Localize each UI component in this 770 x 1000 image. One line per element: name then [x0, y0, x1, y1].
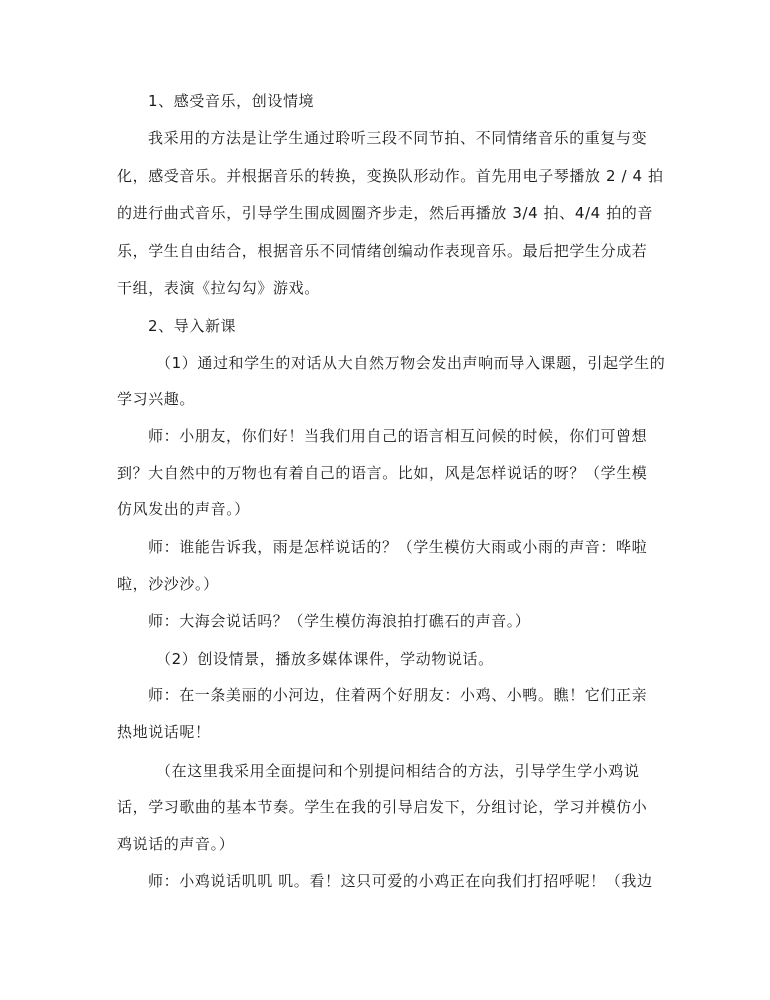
paragraph-line: 学习兴趣。 [117, 389, 657, 409]
paragraph-line: （在这里我采用全面提问和个别提问相结合的方法，引导学生学小鸡说 [156, 761, 656, 781]
subsection-line: （2）创设情景，播放多媒体课件，学动物说话。 [156, 649, 656, 669]
paragraph-line: 我采用的方法是让学生通过聆听三段不同节拍、不同情绪音乐的重复与变 [148, 128, 658, 148]
subsection-line: （1）通过和学生的对话从大自然万物会发出声响而导入课题，引起学生的 [156, 353, 656, 373]
dialogue-line: 啦，沙沙沙。） [117, 574, 657, 594]
section-heading-1: 1、感受音乐，创设情境 [148, 91, 658, 111]
dialogue-line: 仿风发出的声音。） [117, 499, 657, 519]
paragraph-line: 的进行曲式音乐，引导学生围成圆圈齐步走，然后再播放 3/4 拍、4/4 拍的音 [117, 203, 657, 223]
paragraph-line: 鸡说话的声音。） [117, 834, 657, 854]
dialogue-line: 师：小朋友，你们好！当我们用自己的语言相互问候的时候，你们可曾想 [148, 426, 658, 446]
dialogue-line: 师：谁能告诉我，雨是怎样说话的？（学生模仿大雨或小雨的声音：哗啦 [148, 537, 658, 557]
paragraph-line: 话，学习歌曲的基本节奏。学生在我的引导启发下，分组讨论，学习并模仿小 [117, 797, 657, 817]
paragraph-line: 化，感受音乐。并根据音乐的转换，变换队形动作。首先用电子琴播放 2 / 4 拍 [117, 166, 657, 186]
document-page: 1、感受音乐，创设情境 我采用的方法是让学生通过聆听三段不同节拍、不同情绪音乐的… [0, 0, 770, 1000]
dialogue-line: 师：小鸡说话叽叽 叽。看！这只可爱的小鸡正在向我们打招呼呢！（我边 [148, 871, 658, 891]
paragraph-line: 乐，学生自由结合，根据音乐不同情绪创编动作表现音乐。最后把学生分成若 [117, 241, 657, 261]
dialogue-line: 师：大海会说话吗？（学生模仿海浪拍打礁石的声音。） [148, 611, 658, 631]
dialogue-line: 热地说话呢！ [117, 722, 657, 742]
dialogue-line: 师：在一条美丽的小河边，住着两个好朋友：小鸡、小鸭。瞧！它们正亲 [148, 685, 658, 705]
dialogue-line: 到？大自然中的万物也有着自己的语言。比如，风是怎样说话的呀？（学生模 [117, 463, 657, 483]
paragraph-line: 干组，表演《拉勾勾》游戏。 [117, 278, 657, 298]
section-heading-2: 2、导入新课 [148, 316, 658, 336]
